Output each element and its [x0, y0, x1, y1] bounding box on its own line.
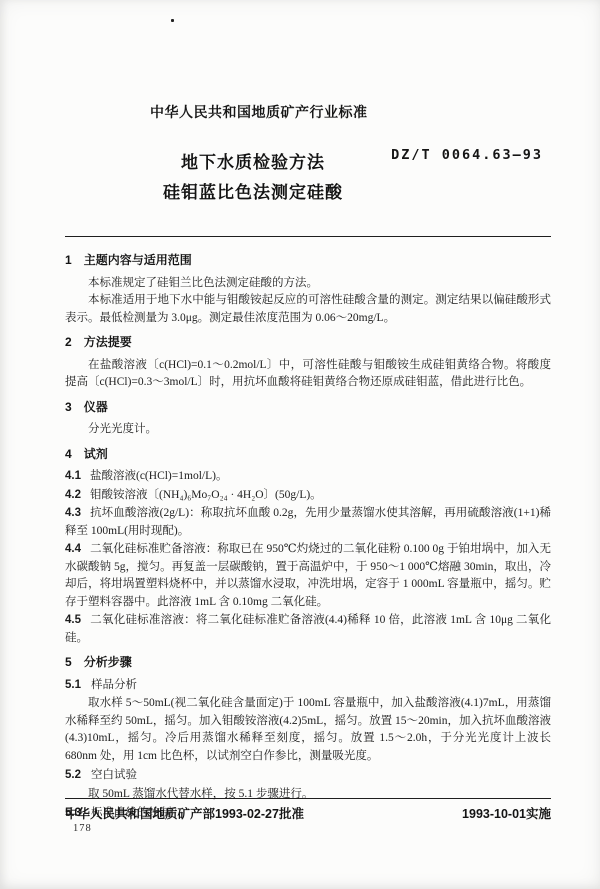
- section-4-title: 试剂: [84, 447, 108, 461]
- clause-5-2-paragraph: 取 50mL 蒸馏水代替水样，按 5.1 步骤进行。: [65, 786, 551, 804]
- clause-4-2: 4.2钼酸铵溶液〔(NH₄)₆Mo₇O₂₄ · 4H₂O〕(50g/L)。: [65, 487, 551, 505]
- footer-rule: [65, 798, 551, 799]
- clause-4-5-number: 4.5: [65, 614, 81, 626]
- section-1-paragraph-2: 本标准适用于地下水中能与钼酸铵起反应的可溶性硅酸含量的测定。测定结果以偏硅酸形式…: [65, 292, 551, 327]
- clause-4-3: 4.3抗坏血酸溶液(2g/L)：称取抗坏血酸 0.2g，先用少量蒸馏水使其溶解，…: [65, 505, 551, 540]
- document-page: 中华人民共和国地质矿产行业标准 DZ/T 0064.63—93 地下水质检验方法…: [0, 0, 600, 889]
- section-2-paragraph-1: 在盐酸溶液〔c(HCl)=0.1～0.2mol/L〕中，可溶性硅酸与钼酸铵生成硅…: [65, 357, 551, 392]
- clause-5-2-title: 空白试验: [91, 769, 137, 781]
- clause-5-1-number: 5.1: [65, 679, 81, 691]
- title-block: 地下水质检验方法 硅钼蓝比色法测定硅酸: [65, 148, 441, 208]
- section-2-heading: 2方法提要: [65, 334, 551, 352]
- header-rule: [65, 236, 551, 237]
- clause-5-2-number: 5.2: [65, 769, 81, 781]
- clause-4-4-number: 4.4: [65, 543, 81, 555]
- section-1-title: 主题内容与适用范围: [84, 253, 192, 267]
- clause-4-4: 4.4二氧化硅标准贮备溶液：称取已在 950℃灼烧过的二氧化硅粉 0.100 0…: [65, 541, 551, 611]
- section-1-paragraph-1: 本标准规定了硅钼兰比色法测定硅酸的方法。: [65, 275, 551, 293]
- page-number: 178: [73, 823, 92, 834]
- clause-5-1-heading: 5.1样品分析: [65, 677, 551, 695]
- scan-speck: [171, 19, 174, 22]
- clause-4-2-text: 钼酸铵溶液〔(NH₄)₆Mo₇O₂₄ · 4H₂O〕(50g/L)。: [90, 489, 322, 501]
- section-2-number: 2: [65, 335, 72, 349]
- clause-5-2-heading: 5.2空白试验: [65, 767, 551, 785]
- clause-5-1-title: 样品分析: [91, 679, 137, 691]
- section-5-heading: 5分析步骤: [65, 654, 551, 672]
- section-3-number: 3: [65, 400, 72, 414]
- clause-4-5: 4.5二氧化硅标准溶液：将二氧化硅标准贮备溶液(4.4)稀释 10 倍，此溶液 …: [65, 612, 551, 647]
- section-3-title: 仪器: [84, 400, 108, 414]
- section-4-heading: 4试剂: [65, 446, 551, 464]
- clause-4-2-number: 4.2: [65, 489, 81, 501]
- standard-label: 中华人民共和国地质矿产行业标准: [150, 102, 368, 122]
- implementation-text: 1993-10-01实施: [462, 804, 551, 822]
- section-1-number: 1: [65, 253, 72, 267]
- clause-4-1: 4.1盐酸溶液(c(HCl)=1mol/L)。: [65, 468, 551, 486]
- clause-4-5-text: 二氧化硅标准溶液：将二氧化硅标准贮备溶液(4.4)稀释 10 倍，此溶液 1mL…: [65, 614, 551, 644]
- clause-4-1-text: 盐酸溶液(c(HCl)=1mol/L)。: [90, 470, 227, 482]
- section-2-title: 方法提要: [84, 335, 132, 349]
- section-4-number: 4: [65, 447, 72, 461]
- document-title-line1: 地下水质检验方法: [65, 148, 441, 178]
- clause-4-3-text: 抗坏血酸溶液(2g/L)：称取抗坏血酸 0.2g，先用少量蒸馏水使其溶解，再用硫…: [65, 507, 551, 537]
- document-footer: 中华人民共和国地质矿产部1993-02-27批准 1993-10-01实施: [65, 804, 551, 822]
- document-title-line2: 硅钼蓝比色法测定硅酸: [65, 178, 441, 208]
- section-3-paragraph-1: 分光光度计。: [65, 421, 551, 439]
- clause-5-1-paragraph: 取水样 5～50mL(视二氧化硅含量面定)于 100mL 容量瓶中，加入盐酸溶液…: [65, 695, 551, 765]
- section-5-number: 5: [65, 655, 72, 669]
- approval-text: 中华人民共和国地质矿产部1993-02-27批准: [65, 804, 304, 822]
- section-3-heading: 3仪器: [65, 399, 551, 417]
- section-1-heading: 1主题内容与适用范围: [65, 252, 551, 270]
- section-5-title: 分析步骤: [84, 655, 132, 669]
- clause-4-3-number: 4.3: [65, 507, 81, 519]
- document-body: 1主题内容与适用范围 本标准规定了硅钼兰比色法测定硅酸的方法。 本标准适用于地下…: [65, 245, 551, 824]
- clause-4-4-text: 二氧化硅标准贮备溶液：称取已在 950℃灼烧过的二氧化硅粉 0.100 0g 于…: [65, 543, 551, 608]
- clause-4-1-number: 4.1: [65, 470, 81, 482]
